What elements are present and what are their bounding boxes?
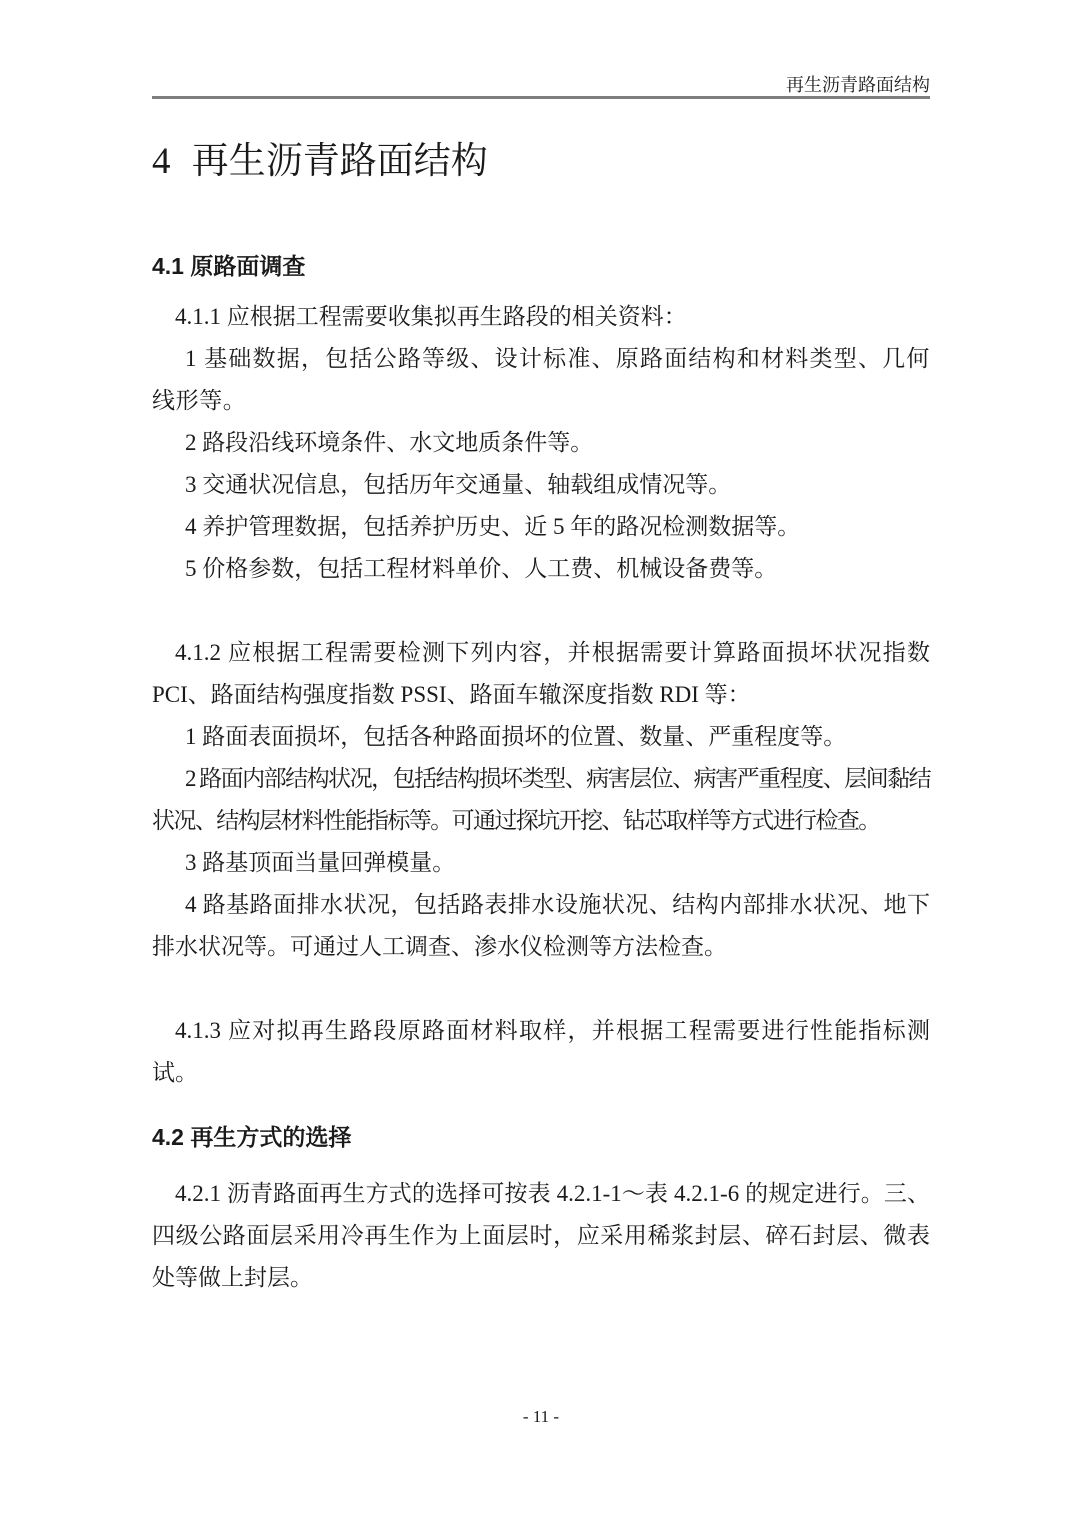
running-header-title: 再生沥青路面结构 (786, 75, 930, 95)
section-heading-4-2: 4.2 再生方式的选择 (152, 1124, 930, 1150)
clause-paragraph: 4.1.1 应根据工程需要收集拟再生路段的相关资料： (152, 296, 930, 338)
list-item: 2 路段沿线环境条件、水文地质条件等。 (152, 422, 930, 464)
list-item: 4 路基路面排水状况，包括路表排水设施状况、结构内部排水状况、地下排水状况等。可… (152, 884, 930, 968)
page-number: - 11 - (523, 1407, 559, 1426)
list-item: 4 养护管理数据，包括养护历史、近 5 年的路况检测数据等。 (152, 506, 930, 548)
chapter-title: 4 再生沥青路面结构 (152, 141, 930, 183)
page-footer: - 11 - (152, 1406, 930, 1428)
list-item: 3 交通状况信息，包括历年交通量、轴载组成情况等。 (152, 464, 930, 506)
clause-paragraph: 4.1.2 应根据工程需要检测下列内容，并根据需要计算路面损坏状况指数 PCI、… (152, 632, 930, 716)
page-header: 再生沥青路面结构 (152, 74, 930, 99)
list-item: 1 路面表面损坏，包括各种路面损坏的位置、数量、严重程度等。 (152, 716, 930, 758)
list-item: 3 路基顶面当量回弹模量。 (152, 842, 930, 884)
section-heading-4-1: 4.1 原路面调查 (152, 253, 930, 279)
clause-paragraph: 4.2.1 沥青路面再生方式的选择可按表 4.2.1-1～表 4.2.1-6 的… (152, 1173, 930, 1299)
list-item: 2 路面内部结构状况，包括结构损坏类型、病害层位、病害严重程度、层间黏结状况、结… (152, 758, 930, 842)
document-page: 再生沥青路面结构 4 再生沥青路面结构 4.1 原路面调查 4.1.1 应根据工… (0, 0, 1074, 1520)
list-item: 1 基础数据，包括公路等级、设计标准、原路面结构和材料类型、几何线形等。 (152, 338, 930, 422)
clause-paragraph: 4.1.3 应对拟再生路段原路面材料取样，并根据工程需要进行性能指标测试。 (152, 1010, 930, 1094)
list-item: 5 价格参数，包括工程材料单价、人工费、机械设备费等。 (152, 548, 930, 590)
